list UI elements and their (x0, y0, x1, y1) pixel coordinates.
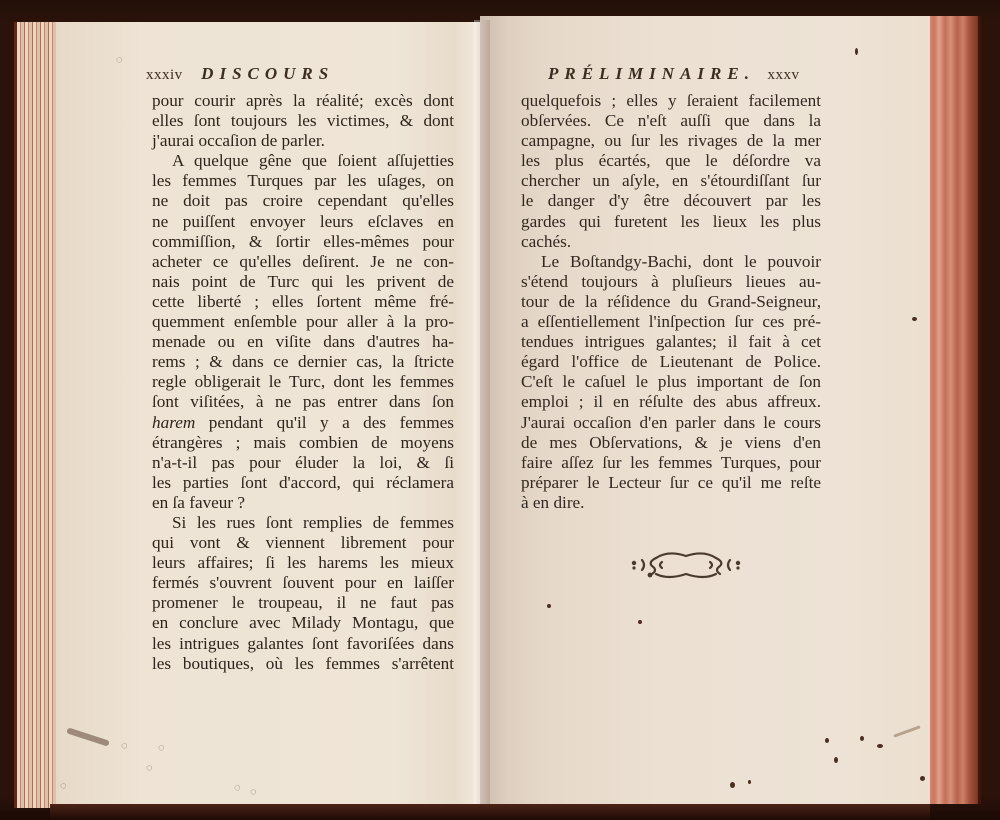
text-line: les parties ſont d'accord, qui réclamera (152, 473, 454, 493)
text-line: tour de la réſidence du Grand-Seigneur, (521, 292, 821, 312)
open-book: xxxiv DISCOURS PRÉLIMINAIRE. xxxv pour c… (0, 0, 1000, 820)
book-gutter (474, 20, 490, 810)
text-line: pour courir après la réalité; excès dont (152, 91, 454, 111)
wormhole-mark (860, 736, 864, 741)
text-line: le danger d'y être découvert par les (521, 191, 821, 211)
text-line: qui vont & viennent librement pour (152, 533, 454, 553)
wormhole-mark (547, 604, 551, 608)
text-line: les femmes Turques par les uſages, on (152, 171, 454, 191)
text-line: en conclure avec Milady Montagu, que (152, 613, 454, 633)
right-page-edges-red-stained (928, 16, 981, 804)
text-line: j'aurai occaſion de parler. (152, 131, 454, 151)
left-page-header: xxxiv DISCOURS (146, 64, 334, 84)
wormhole-mark (638, 620, 642, 624)
text-line: rems ; & dans ce dernier cas, la ſtricte (152, 352, 454, 372)
italic-word: harem (152, 413, 195, 432)
text-line: fermés s'ouvrent ſouvent pour en laiſſer (152, 573, 454, 593)
small-hole-mark: ◌ (158, 742, 165, 754)
text-line: quelquefois ; elles y ſeraient facilemen… (521, 91, 821, 111)
line-rest: pendant qu'il y a des femmes (195, 413, 454, 432)
text-line: promener le troupeau, il ne faut pas (152, 593, 454, 613)
text-line: Si les rues ſont remplies de femmes (152, 513, 454, 533)
text-line: ſont viſitées, à ne pas entrer dans ſon (152, 392, 454, 412)
text-line: C'eſt le caſuel le plus important de ſon (521, 372, 821, 392)
text-line: n'a-t-il pas pour éluder la loi, & ſi (152, 453, 454, 473)
text-line: emploi ; il en réſulte des abus affreux. (521, 392, 821, 412)
text-line: préparer le Lecteur ſur ce qu'il me reſt… (521, 473, 821, 493)
text-line: menade ou en viſite dans d'autres ha- (152, 332, 454, 352)
text-line: obſervées. Ce n'eſt auſſi que dans la (521, 111, 821, 131)
page-number-right: xxxv (767, 67, 799, 83)
text-line-with-italic: harem pendant qu'il y a des femmes (152, 413, 454, 433)
small-hole-mark: ◌ (60, 780, 67, 792)
text-line: s'étend toujours à pluſieurs lieues au- (521, 272, 821, 292)
text-line: les boutiques, où les femmes s'arrêtent (152, 654, 454, 674)
text-line: en ſa faveur ? (152, 493, 454, 513)
text-line: quemment enſemble pour aller à la pro- (152, 312, 454, 332)
wormhole-mark (920, 776, 925, 781)
wormhole-mark (748, 780, 751, 784)
text-line: J'aurai occaſion d'en parler dans le cou… (521, 413, 821, 433)
text-line: cachés. (521, 232, 821, 252)
wormhole-mark (912, 317, 917, 321)
small-hole-mark: ◌ (250, 786, 257, 798)
wormhole-mark (877, 744, 883, 748)
wormhole-mark (834, 757, 838, 763)
text-line: gardes qui furetent les lieux les plus (521, 212, 821, 232)
left-page-body: pour courir après la réalité; excès dont… (152, 91, 454, 674)
text-line: égard l'office de Lieutenant de Police. (521, 352, 821, 372)
text-line: chercher un aſyle, en s'étourdiſſant ſur (521, 171, 821, 191)
text-line: A quelque gêne que ſoient aſſujetties (152, 151, 454, 171)
small-hole-mark: ◌ (234, 782, 241, 794)
running-head-left: DISCOURS (201, 64, 334, 83)
text-line: acheter ce qu'elles deſirent. Je ne con- (152, 252, 454, 272)
wormhole-mark (855, 48, 858, 55)
text-line: de mes Obſervations, & je viens d'en (521, 433, 821, 453)
text-line: à en dire. (521, 493, 821, 513)
text-line: nais point de Turc qui les privent de (152, 272, 454, 292)
text-line: elles ſont toujours les victimes, & dont (152, 111, 454, 131)
small-hole-mark: ◌ (146, 762, 153, 774)
small-hole-mark: ◌ (116, 54, 123, 66)
text-line: faire aſſez ſur les femmes Turques, pour (521, 453, 821, 473)
text-line: étrangères ; mais combien de moyens (152, 433, 454, 453)
right-page-body: quelquefois ; elles y ſeraient facilemen… (521, 91, 821, 513)
page-number-left: xxxiv (146, 67, 183, 83)
text-line: commiſſion, & ſortir elles-mêmes pour (152, 232, 454, 252)
text-line: ne doit pas croire cependant qu'elles (152, 191, 454, 211)
fleuron-ornament-icon (628, 548, 744, 582)
text-line: ne puiſſent envoyer leurs eſclaves en (152, 212, 454, 232)
text-line: les intrigues galantes ſont favoriſées d… (152, 634, 454, 654)
text-line: regle obligerait le Turc, dont les femme… (152, 372, 454, 392)
text-line: a eſſentiellement l'inſpection ſur ces p… (521, 312, 821, 332)
running-head-right: PRÉLIMINAIRE. (548, 64, 755, 83)
left-page-edges (14, 22, 59, 808)
right-page-header: PRÉLIMINAIRE. xxxv (548, 64, 799, 84)
text-line: campagne, ou ſur les rivages de la mer (521, 131, 821, 151)
wormhole-mark (730, 782, 735, 788)
text-line: Le Boſtandgy-Bachi, dont le pouvoir (521, 252, 821, 272)
text-line: cette liberté ; elles ſortent même fré- (152, 292, 454, 312)
book-bottom-edge (50, 804, 930, 820)
text-line: tendues intrigues galantes; il fait à ce… (521, 332, 821, 352)
text-line: les plus écartés, que le déſordre va (521, 151, 821, 171)
text-line: leurs affaires; ſi les harems les mieux (152, 553, 454, 573)
wormhole-mark (825, 738, 829, 743)
small-hole-mark: ◌ (121, 740, 128, 752)
